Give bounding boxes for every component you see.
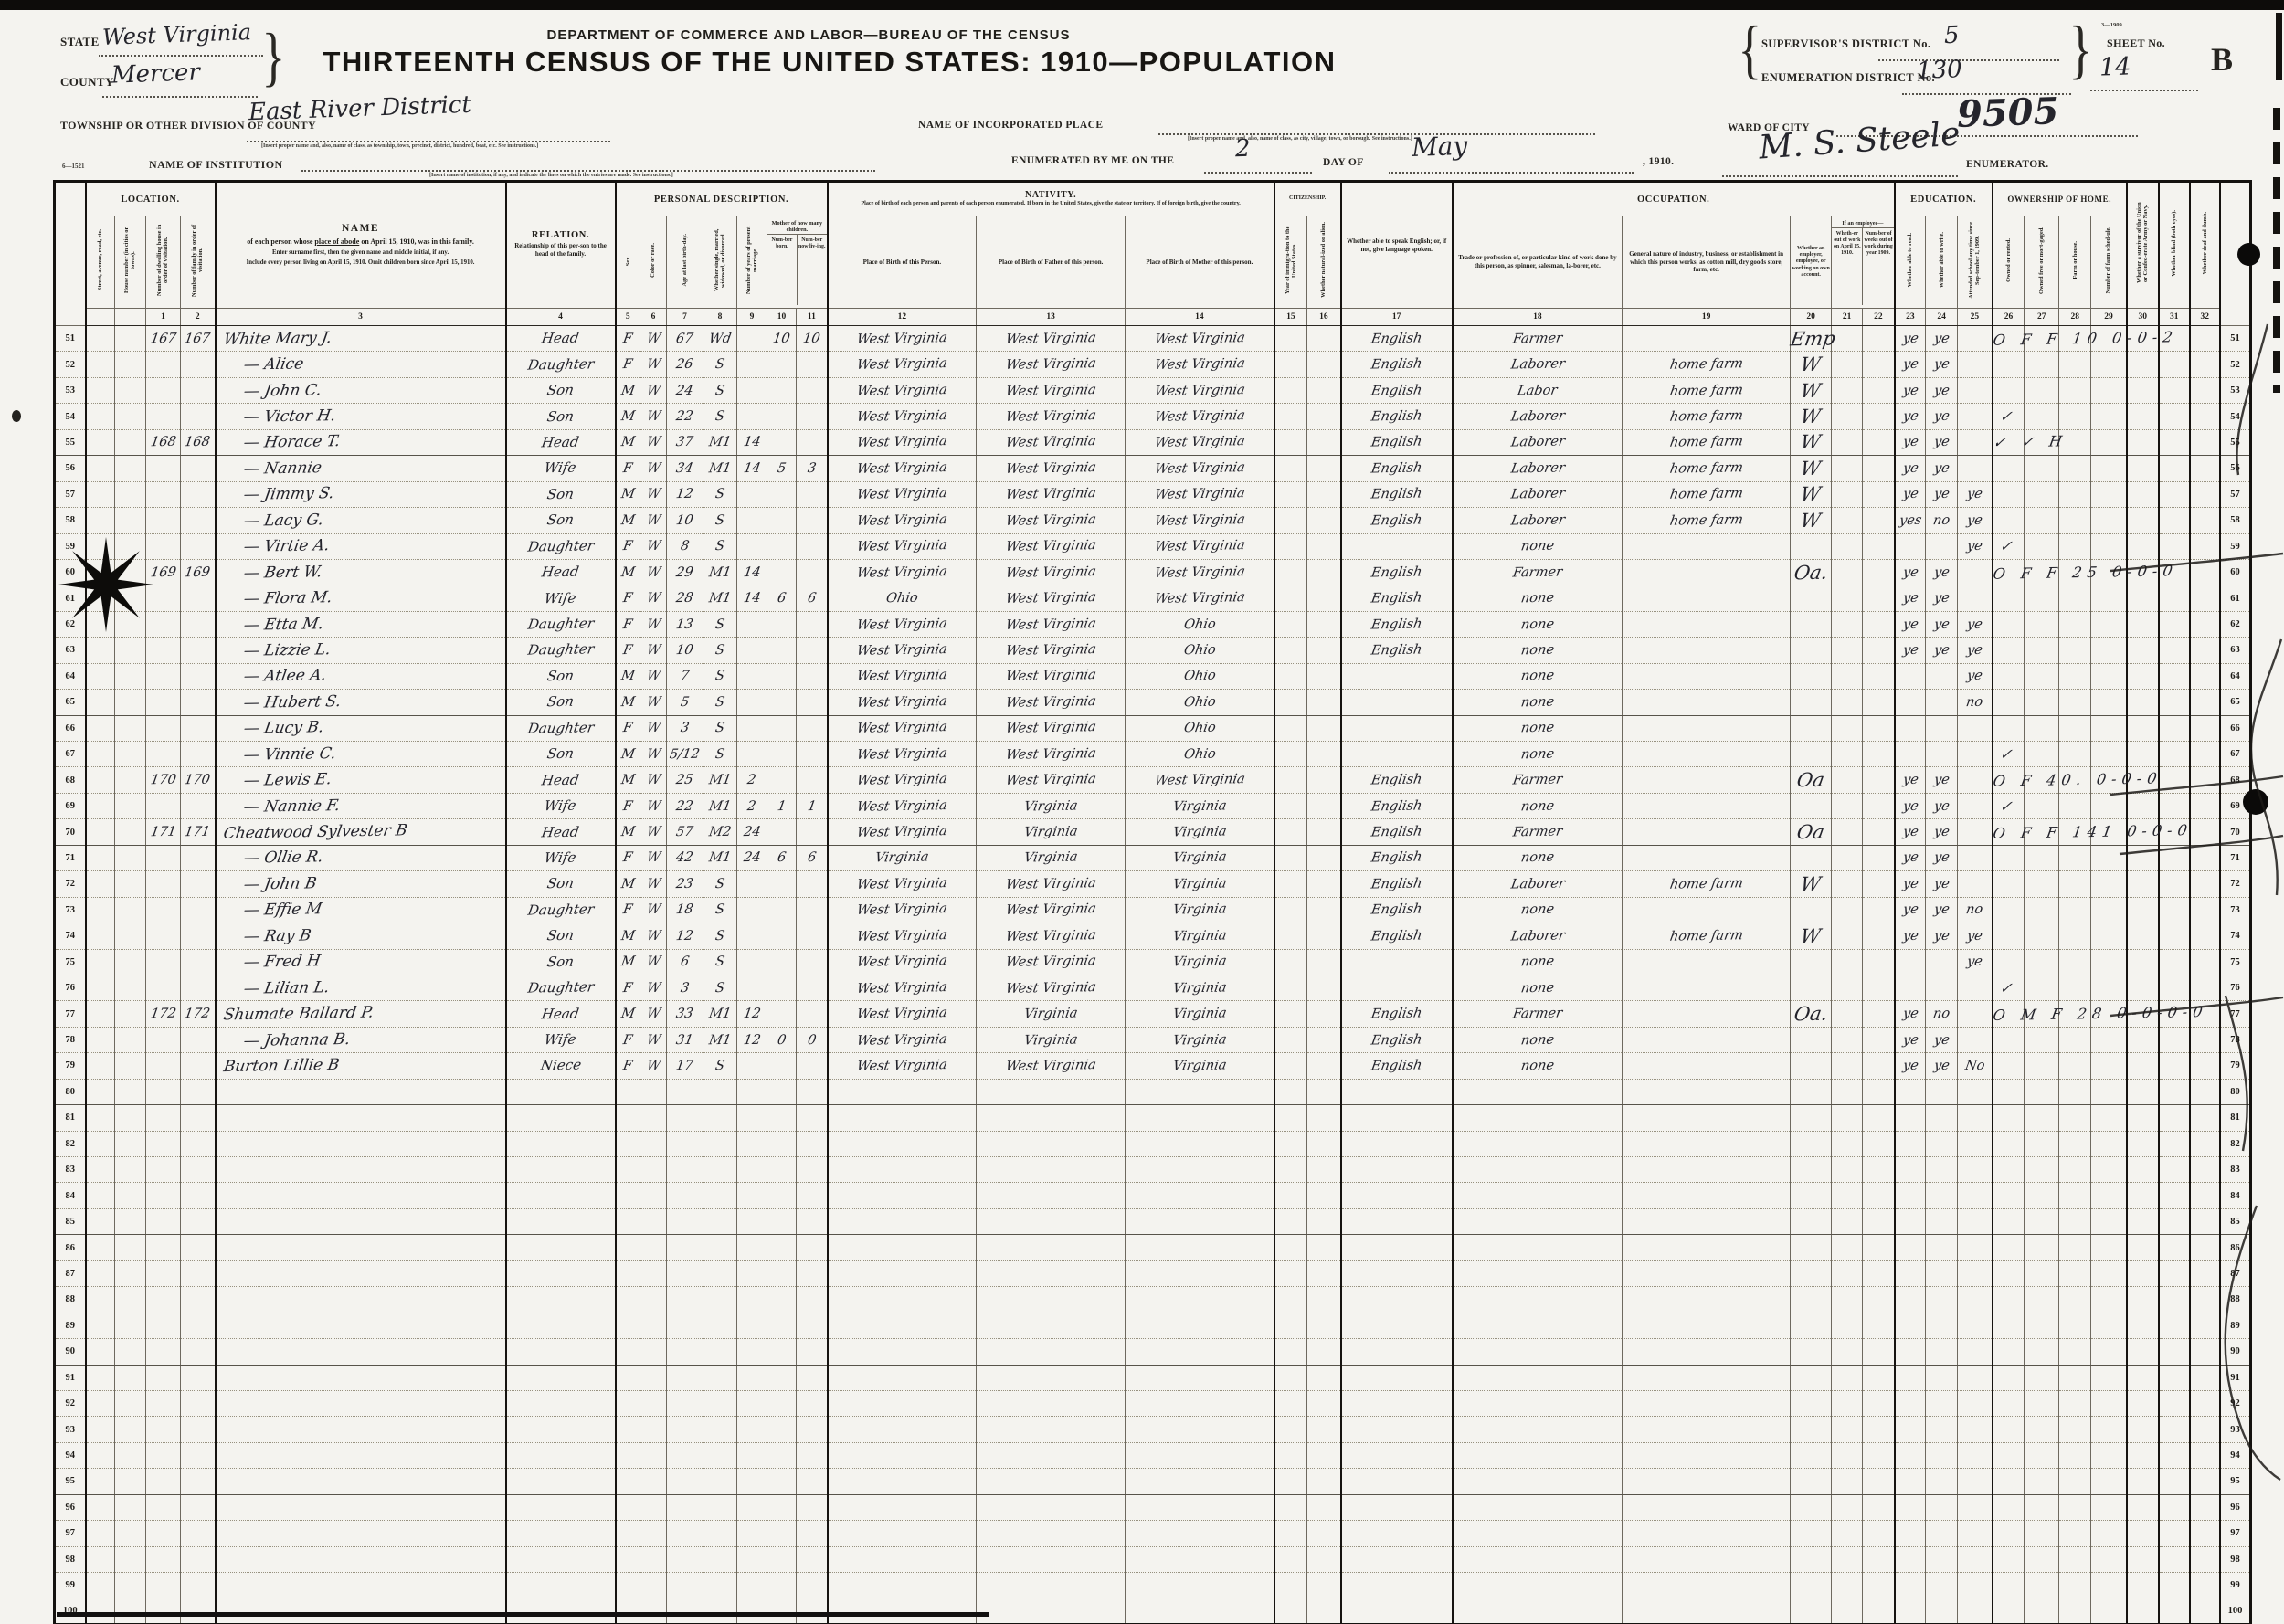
cell-emp [1791,715,1832,741]
cell-pb: West Virginia [828,690,977,715]
cell-im [1274,404,1307,429]
cell-sc [1958,1313,1993,1338]
cell-h28 [2059,1494,2091,1520]
cell-oc: none [1453,533,1623,559]
cell-name [216,1521,506,1546]
cell-sc [1958,1598,1993,1624]
cell-ow [1832,1001,1863,1027]
cell-rd [1895,1208,1926,1234]
cell-h27 [2025,404,2059,429]
cell-oc [1453,1365,1623,1390]
cell-mb [1126,1183,1274,1208]
cell-wr [1926,715,1958,741]
cell-fm [181,897,216,923]
cell-rel: Daughter [506,975,616,1000]
row-number-left: 80 [55,1079,86,1104]
mother-children-label: Mother of how many children. [767,219,827,235]
cell-cb [767,871,797,897]
cell-rel [506,1546,616,1572]
cell-ym [737,663,767,689]
cell-cb [767,949,797,975]
cell-cb [767,897,797,923]
cell-dw [146,1469,181,1494]
cell-h30 [2127,975,2159,1000]
cell-oc: none [1453,1027,1623,1052]
cell-ms [703,1546,737,1572]
cell-en: English [1341,638,1453,663]
cell-oc: Laborer [1453,456,1623,481]
table-row: 64— Atlee A.SonMW7SWest VirginiaWest Vir… [55,663,2251,689]
cell-h30 [2127,377,2159,403]
cell-ag [667,1573,703,1598]
cell-rel: Daughter [506,715,616,741]
sheet-code: 3—1909 [2101,22,2122,28]
cell-fm [181,1417,216,1442]
cell-h30 [2127,1365,2159,1390]
cell-sc: No [1958,1053,1993,1079]
cell-fb: West Virginia [977,326,1126,352]
cell-en [1341,1157,1453,1183]
cell-cr [640,1105,667,1131]
cell-ow [1832,508,1863,533]
cell-ind [1623,767,1791,793]
cell-name [216,1390,506,1416]
cell-h31 [2159,1339,2190,1365]
cell-h [115,949,146,975]
cell-fm [181,1079,216,1104]
cell-home [1993,1442,2025,1468]
cell-sc [1958,871,1993,897]
cell-ms [703,1313,737,1338]
cell-ms: M1 [703,793,737,818]
cell-h [115,767,146,793]
cell-h32 [2190,1365,2220,1390]
cell-en [1341,1131,1453,1156]
cell-h27 [2025,897,2059,923]
table-row: 9595 [55,1469,2251,1494]
cell-h29 [2091,429,2127,455]
cell-home [1993,1469,2025,1494]
cell-mb: Virginia [1126,819,1274,845]
cell-wk [1863,1365,1895,1390]
cell-cl [797,1131,828,1156]
cell-h28 [2059,1208,2091,1234]
cell-pb [828,1131,977,1156]
cell-fm [181,715,216,741]
cell-fb: West Virginia [977,923,1126,949]
cell-na [1307,429,1341,455]
cell-ow [1832,767,1863,793]
cell-h29 [2091,1546,2127,1572]
cell-dw: 170 [146,767,181,793]
cell-emp: W [1791,352,1832,377]
cell-rel [506,1260,616,1286]
group-relation: RELATION. Relationship of this per-son t… [506,182,616,309]
cell-h [115,793,146,818]
cell-rel: Son [506,690,616,715]
cell-cl [797,949,828,975]
cell-pb: West Virginia [828,923,977,949]
cell-pb [828,1417,977,1442]
cell-ym [737,715,767,741]
cell-ms [703,1183,737,1208]
cell-h31 [2159,923,2190,949]
cell-mb: West Virginia [1126,481,1274,507]
cell-en [1341,742,1453,767]
cell-cr [640,1546,667,1572]
cell-wr [1926,1339,1958,1365]
cell-ind [1623,1131,1791,1156]
cell-h31 [2159,845,2190,870]
cell-ow [1832,742,1863,767]
cell-sx: M [616,819,640,845]
cell-ym: 24 [737,845,767,870]
cell-wk [1863,1442,1895,1468]
cell-na [1307,481,1341,507]
cell-ind [1623,897,1791,923]
cell-ind [1623,1365,1791,1390]
cell-sc [1958,1494,1993,1520]
cell-ms: S [703,533,737,559]
cell-st [86,715,115,741]
name-title: NAME [217,223,505,234]
cell-ind [1623,1598,1791,1624]
cell-na [1307,638,1341,663]
cell-ag: 12 [667,923,703,949]
cell-name [216,1598,506,1624]
cell-h29 [2091,871,2127,897]
cell-ms [703,1442,737,1468]
cell-rel: Head [506,326,616,352]
table-row: 65— Hubert S.SonMW5SWest VirginiaWest Vi… [55,690,2251,715]
cell-fm [181,352,216,377]
cell-h [115,1313,146,1338]
cell-rel [506,1365,616,1390]
cell-na [1307,845,1341,870]
cell-wr: ye [1926,897,1958,923]
census-table-header: LOCATION. NAME of each person whose plac… [55,182,2251,326]
cell-cb [767,1417,797,1442]
column-number: 19 [1623,309,1791,326]
cell-st [86,897,115,923]
group-location: LOCATION. [86,182,216,216]
cell-rd: ye [1895,429,1926,455]
cell-cb: 6 [767,585,797,611]
cell-rel: Head [506,767,616,793]
cell-cr [640,1313,667,1338]
cell-h28 [2059,663,2091,689]
cell-ag [667,1131,703,1156]
cell-rel [506,1494,616,1520]
cell-ow [1832,1208,1863,1234]
cell-h29 [2091,845,2127,870]
cell-h31 [2159,352,2190,377]
cell-ow [1832,352,1863,377]
cell-ind [1623,1027,1791,1052]
cell-h30 [2127,611,2159,637]
group-education: EDUCATION. [1895,182,1993,216]
cell-sx [616,1390,640,1416]
cell-cl [797,1573,828,1598]
cell-rd [1895,1131,1926,1156]
cell-h27 [2025,1287,2059,1313]
cell-mb: Ohio [1126,715,1274,741]
cell-cb: 6 [767,845,797,870]
table-row: 77172172Shumate Ballard P.HeadMW33M112We… [55,1001,2251,1027]
cell-pb [828,1365,977,1390]
cell-ind [1623,1208,1791,1234]
cell-na [1307,1131,1341,1156]
cell-sc [1958,767,1993,793]
cell-rel: Wife [506,793,616,818]
cell-name [216,1157,506,1183]
row-number-right: 94 [2220,1442,2251,1468]
table-row: 8686 [55,1235,2251,1260]
cell-dw [146,871,181,897]
cell-emp: W [1791,404,1832,429]
cell-wk [1863,1183,1895,1208]
cell-st [86,1079,115,1104]
cell-ym [737,1235,767,1260]
nativity-subtitle: Place of birth of each person and parent… [829,200,1274,207]
cell-im [1274,1260,1307,1286]
cell-pb: West Virginia [828,429,977,455]
cell-ag: 37 [667,429,703,455]
cell-h27 [2025,1442,2059,1468]
cell-ind [1623,1390,1791,1416]
cell-en [1341,663,1453,689]
cell-st [86,1573,115,1598]
cell-ow [1832,975,1863,1000]
cell-emp [1791,897,1832,923]
cell-h31 [2159,533,2190,559]
cell-im [1274,1442,1307,1468]
cell-fb: West Virginia [977,638,1126,663]
cell-dw [146,1546,181,1572]
cell-ym: 12 [737,1001,767,1027]
cell-h28 [2059,742,2091,767]
cell-rd [1895,1469,1926,1494]
cell-cr: W [640,742,667,767]
table-row: 74— Ray BSonMW12SWest VirginiaWest Virgi… [55,923,2251,949]
cell-mb: West Virginia [1126,429,1274,455]
table-row: 57— Jimmy S.SonMW12SWest VirginiaWest Vi… [55,481,2251,507]
cell-h32 [2190,1105,2220,1131]
cell-ym: 14 [737,456,767,481]
cell-h [115,690,146,715]
cell-pb [828,1287,977,1313]
cell-ag [667,1339,703,1365]
cell-wk [1863,1157,1895,1183]
row-number-right: 86 [2220,1235,2251,1260]
cell-ow [1832,1027,1863,1052]
cell-home [1993,1494,2025,1520]
cell-en [1341,1573,1453,1598]
cell-rel: Daughter [506,533,616,559]
cell-ms: M2 [703,819,737,845]
cell-ag: 34 [667,456,703,481]
cell-ag: 42 [667,845,703,870]
cell-pb: West Virginia [828,559,977,585]
cell-home: O F F 25 0-0-0 [1993,559,2025,585]
cell-fb: West Virginia [977,585,1126,611]
cell-sx: F [616,975,640,1000]
cell-fm [181,1573,216,1598]
cell-st [86,1313,115,1338]
cell-na [1307,897,1341,923]
table-row: 9191 [55,1365,2251,1390]
cell-wr [1926,663,1958,689]
cell-cl [797,690,828,715]
cell-cl: 6 [797,585,828,611]
table-row: 75— Fred HSonMW6SWest VirginiaWest Virgi… [55,949,2251,975]
cell-pb: West Virginia [828,742,977,767]
row-number-left: 92 [55,1390,86,1416]
cell-fm [181,481,216,507]
cell-cr [640,1260,667,1286]
row-number-right: 89 [2220,1313,2251,1338]
cell-h28 [2059,1598,2091,1624]
table-row: 63— Lizzie L.DaughterFW10SWest VirginiaW… [55,638,2251,663]
cell-wk [1863,481,1895,507]
cell-ym [737,1469,767,1494]
cell-cl [797,377,828,403]
cell-na [1307,1287,1341,1313]
cell-st [86,1417,115,1442]
cell-rd: ye [1895,1001,1926,1027]
cell-emp [1791,1598,1832,1624]
cell-rel: Head [506,429,616,455]
cell-st [86,1442,115,1468]
column-number-row: 1 2 3 4 5 6 7 8 9 10 11 12 13 14 15 16 1… [55,309,2251,326]
cell-emp: W [1791,508,1832,533]
cell-cl [797,871,828,897]
column-number: 11 [797,309,828,326]
cell-im [1274,975,1307,1000]
cell-dw: 172 [146,1001,181,1027]
cell-cl [797,1183,828,1208]
cell-en: English [1341,923,1453,949]
cell-ag: 10 [667,638,703,663]
cell-oc [1453,1442,1623,1468]
cell-cr [640,1573,667,1598]
cell-dw [146,1313,181,1338]
cell-sx [616,1365,640,1390]
cell-name: — Lizzie L. [216,638,506,663]
cell-mb: West Virginia [1126,559,1274,585]
column-number: 8 [703,309,737,326]
cell-emp [1791,1208,1832,1234]
nativity-title: NATIVITY. [829,190,1274,200]
cell-ym [737,404,767,429]
column-blind: Whether blind (both eyes). [2159,182,2190,309]
cell-home: O F F 141 0-0-0 [1993,819,2025,845]
cell-dw [146,638,181,663]
cell-sx [616,1183,640,1208]
cell-h30 [2127,1417,2159,1442]
cell-ym: 14 [737,559,767,585]
cell-ms: S [703,611,737,637]
column-number: 16 [1307,309,1341,326]
cell-rd [1895,1339,1926,1365]
cell-cb [767,1598,797,1624]
cell-dw [146,742,181,767]
cell-ind [1623,742,1791,767]
cell-h [115,1287,146,1313]
row-number-left: 78 [55,1027,86,1052]
cell-emp [1791,1260,1832,1286]
cell-h30 [2127,1105,2159,1131]
cell-mb [1126,1598,1274,1624]
cell-ym [737,352,767,377]
cell-fb: West Virginia [977,377,1126,403]
cell-fb [977,1183,1126,1208]
table-row: 67— Vinnie C.SonMW5/12SWest VirginiaWest… [55,742,2251,767]
cell-cr [640,1131,667,1156]
cell-st [86,819,115,845]
cell-wk [1863,1469,1895,1494]
row-number-left: 95 [55,1469,86,1494]
cell-emp [1791,1183,1832,1208]
cell-rd [1895,663,1926,689]
cell-wk [1863,456,1895,481]
cell-oc [1453,1469,1623,1494]
cell-wk [1863,975,1895,1000]
cell-pb [828,1235,977,1260]
column-number: 30 [2127,309,2159,326]
cell-st [86,326,115,352]
cell-na [1307,923,1341,949]
cell-h30 [2127,456,2159,481]
cell-wk [1863,1079,1895,1104]
cell-rd [1895,1521,1926,1546]
cell-ow [1832,429,1863,455]
table-row: 56— NannieWifeFW34M11453West VirginiaWes… [55,456,2251,481]
cell-ow [1832,377,1863,403]
cell-h29 [2091,1183,2127,1208]
cell-oc: Farmer [1453,1001,1623,1027]
cell-pb [828,1442,977,1468]
cell-wk [1863,793,1895,818]
table-row: 8989 [55,1313,2251,1338]
cell-h29 [2091,1313,2127,1338]
cell-h30 [2127,404,2159,429]
cell-h27 [2025,1157,2059,1183]
row-number-left: 56 [55,456,86,481]
cell-pb [828,1208,977,1234]
cell-na [1307,742,1341,767]
cell-h31 [2159,638,2190,663]
cell-ag: 57 [667,819,703,845]
cell-wk [1863,533,1895,559]
cell-mb: Ohio [1126,638,1274,663]
cell-sc [1958,1573,1993,1598]
cell-h [115,1390,146,1416]
cell-rd: ye [1895,638,1926,663]
cell-pb: Ohio [828,585,977,611]
cell-ms: M1 [703,845,737,870]
cell-oc: none [1453,638,1623,663]
cell-h30 [2127,1183,2159,1208]
table-row: 69— Nannie F.WifeFW22M1211West VirginiaV… [55,793,2251,818]
cell-pb [828,1546,977,1572]
cell-h31 [2159,429,2190,455]
day-of-label: DAY OF [1323,157,1364,168]
cell-emp [1791,1365,1832,1390]
cell-im [1274,533,1307,559]
cell-ind [1623,793,1791,818]
cell-na [1307,767,1341,793]
